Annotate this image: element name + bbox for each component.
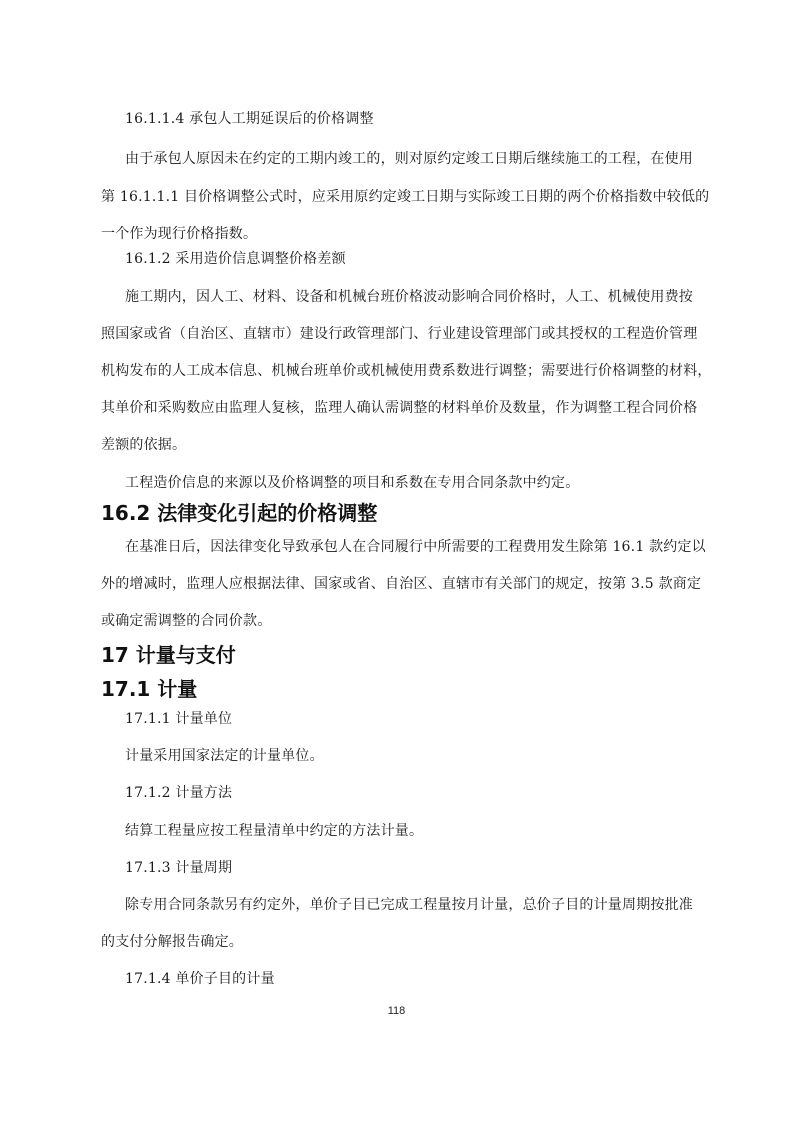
paragraph-line: 照国家或省（自治区、直辖市）建设行政管理部门、行业建设管理部门或其授权的工程造价…	[101, 325, 701, 343]
paragraph-line: 其单价和采购数应由监理人复核，监理人确认需调整的材料单价及数量，作为调整工程合同…	[101, 399, 701, 417]
paragraph-line: 在基准日后，因法律变化导致承包人在合同履行中所需要的工程费用发生除第 16.1 …	[125, 538, 725, 556]
subheading-16-1-2: 16.1.2 采用造价信息调整价格差额	[125, 250, 725, 268]
paragraph-line: 一个作为现行价格指数。	[101, 225, 701, 243]
heading-17-1: 17.1 计量	[101, 677, 197, 701]
paragraph-line: 除专用合同条款另有约定外，单价子目已完成工程量按月计量，总价子目的计量周期按批准	[125, 896, 725, 914]
subheading-17-1-4: 17.1.4 单价子目的计量	[125, 970, 725, 988]
page-number: 118	[0, 1005, 793, 1017]
paragraph-line: 或确定需调整的合同价款。	[101, 612, 701, 630]
paragraph-line: 施工期内，因人工、材料、设备和机械台班价格波动影响合同价格时，人工、机械使用费按	[125, 288, 725, 306]
paragraph-line: 外的增减时，监理人应根据法律、国家或省、自治区、直辖市有关部门的规定，按第 3.…	[101, 575, 701, 593]
subheading-17-1-1: 17.1.1 计量单位	[125, 710, 725, 728]
paragraph-line: 结算工程量应按工程量清单中约定的方法计量。	[125, 822, 725, 840]
paragraph-line: 计量采用国家法定的计量单位。	[125, 747, 725, 765]
paragraph-line: 由于承包人原因未在约定的工期内竣工的，则对原约定竣工日期后继续施工的工程，在使用	[125, 150, 725, 168]
paragraph-line: 差额的依据。	[101, 436, 701, 454]
subheading-17-1-2: 17.1.2 计量方法	[125, 784, 725, 802]
paragraph-line: 第 16.1.1.1 目价格调整公式时，应采用原约定竣工日期与实际竣工日期的两个…	[101, 188, 701, 206]
paragraph-line: 机构发布的人工成本信息、机械台班单价或机械使用费系数进行调整；需要进行价格调整的…	[101, 362, 701, 380]
paragraph-line: 工程造价信息的来源以及价格调整的项目和系数在专用合同条款中约定。	[125, 474, 725, 492]
subheading-16-1-1-4: 16.1.1.4 承包人工期延误后的价格调整	[125, 110, 725, 128]
subheading-17-1-3: 17.1.3 计量周期	[125, 859, 725, 877]
heading-17: 17 计量与支付	[101, 643, 236, 667]
document-page: 16.1.1.4 承包人工期延误后的价格调整 由于承包人原因未在约定的工期内竣工…	[0, 0, 793, 1122]
heading-16-2: 16.2 法律变化引起的价格调整	[101, 501, 377, 525]
paragraph-line: 的支付分解报告确定。	[101, 933, 701, 951]
